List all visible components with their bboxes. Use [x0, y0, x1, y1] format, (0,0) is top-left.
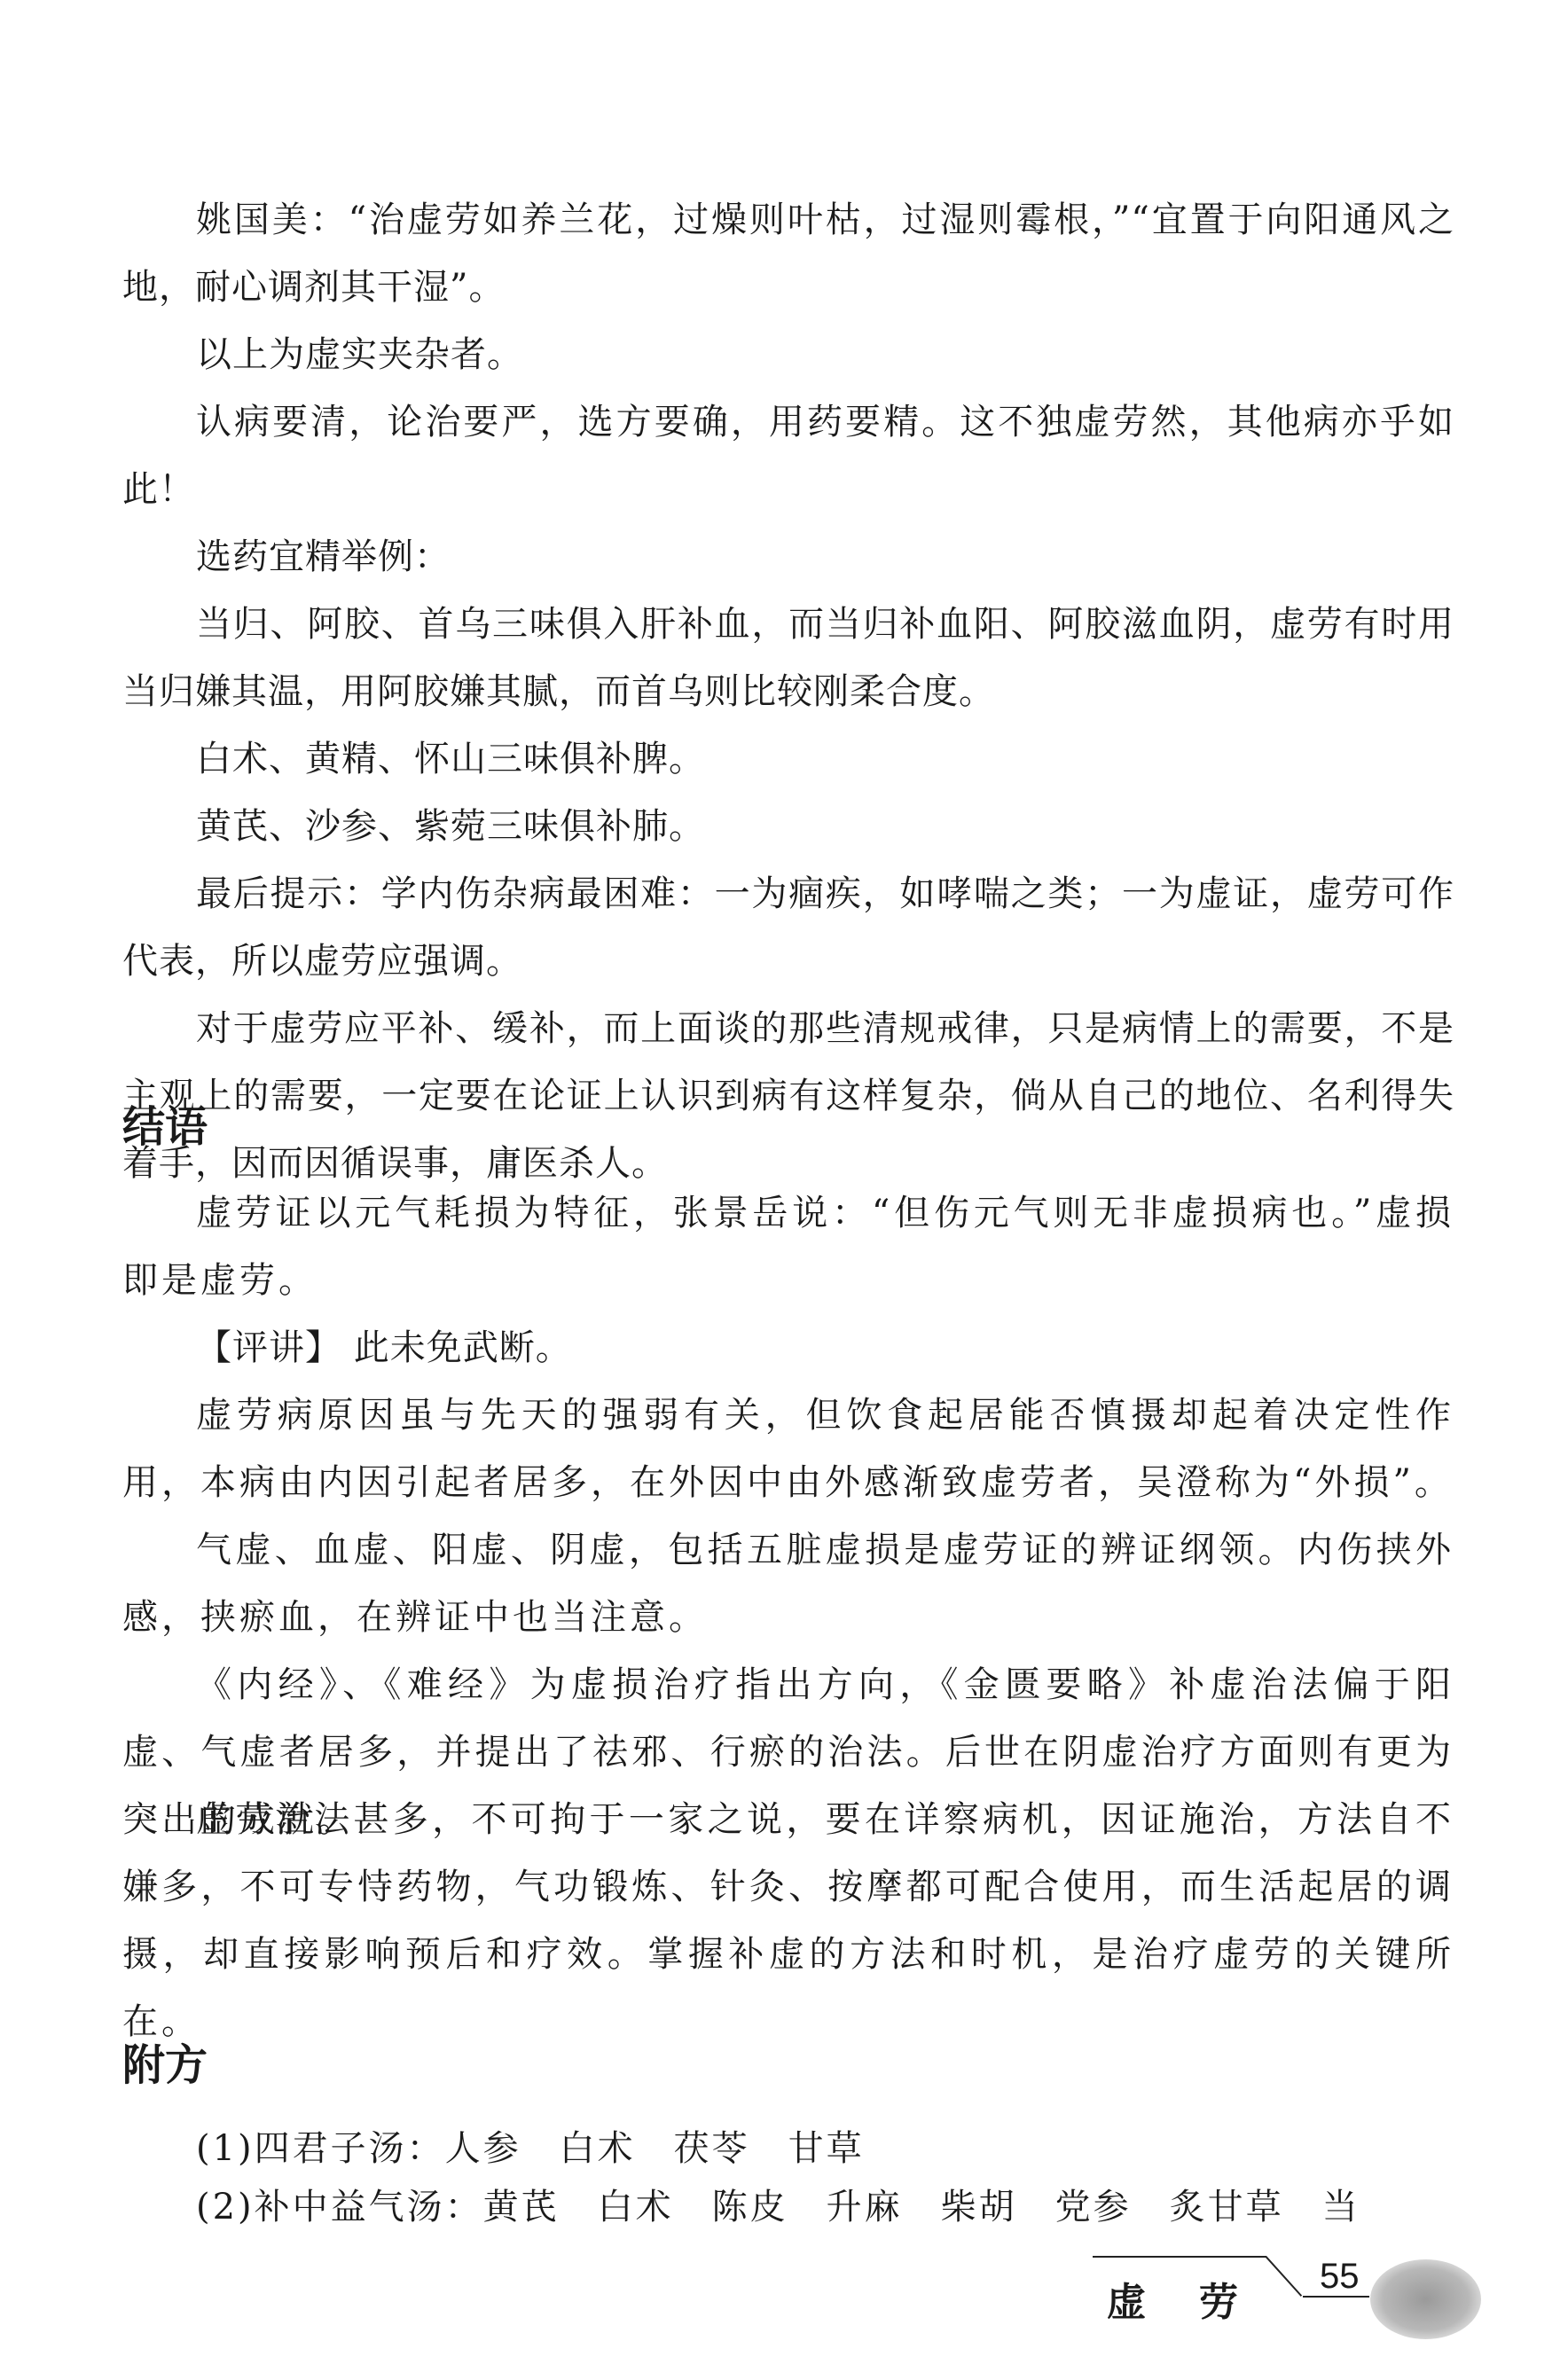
landscape-emblem-icon — [1370, 2259, 1481, 2339]
paragraph: 对于虚劳应平补、缓补，而上面谈的那些清规戒律，只是病情上的需要，不是主观上的需要… — [122, 995, 1454, 1197]
paragraph: 姚国美：“治虚劳如养兰花，过燥则叶枯，过湿则霉根，”“宜置于向阳通风之地，耐心调… — [122, 186, 1454, 321]
paragraph: 气虚、血虚、阳虚、阴虚，包括五脏虚损是虚劳证的辨证纲领。内伤挟外感，挟瘀血，在辨… — [122, 1516, 1454, 1651]
paragraph: 虚劳证以元气耗损为特征，张景岳说：“但伤元气则无非虚损病也。”虚损即是虚劳。 — [122, 1179, 1454, 1314]
section-heading-conclusion: 结语 — [122, 1092, 208, 1154]
paragraph: 虚劳病原因虽与先天的强弱有关，但饮食起居能否慎摄却起着决定性作用，本病由内因引起… — [122, 1382, 1454, 1516]
formula-item: (2)补中益气汤：黄芪 白术 陈皮 升麻 柴胡 党参 炙甘草 当 — [196, 2173, 1360, 2241]
paragraph: 认病要清，论治要严，选方要确，用药要精。这不独虚劳然，其他病亦乎如此！ — [122, 388, 1454, 523]
commentary: 【评讲】 此未免武断。 — [122, 1314, 1454, 1382]
page-number: 55 — [1320, 2257, 1360, 2297]
running-title: 虚劳 — [1107, 2270, 1291, 2327]
paragraph: 黄芪、沙参、紫菀三味俱补肺。 — [122, 793, 1454, 860]
paragraph: 以上为虚实夹杂者。 — [122, 321, 1454, 388]
paragraph: 当归、阿胶、首乌三味俱入肝补血，而当归补血阳、阿胶滋血阴，虚劳有时用当归嫌其温，… — [122, 591, 1454, 725]
paragraph: 白术、黄精、怀山三味俱补脾。 — [122, 725, 1454, 793]
footer-rule — [1093, 2256, 1266, 2258]
formula-item: (1)四君子汤：人参 白术 茯苓 甘草 — [196, 2115, 865, 2182]
paragraph: 虚劳治法甚多，不可拘于一家之说，要在详察病机，因证施治，方法自不嫌多，不可专恃药… — [122, 1786, 1454, 2055]
paragraph: 选药宜精举例： — [122, 523, 1454, 591]
paragraph: 最后提示：学内伤杂病最困难：一为痼疾，如哮喘之类；一为虚证，虚劳可作代表，所以虚… — [122, 860, 1454, 995]
section-heading-formulas: 附方 — [122, 2031, 208, 2092]
